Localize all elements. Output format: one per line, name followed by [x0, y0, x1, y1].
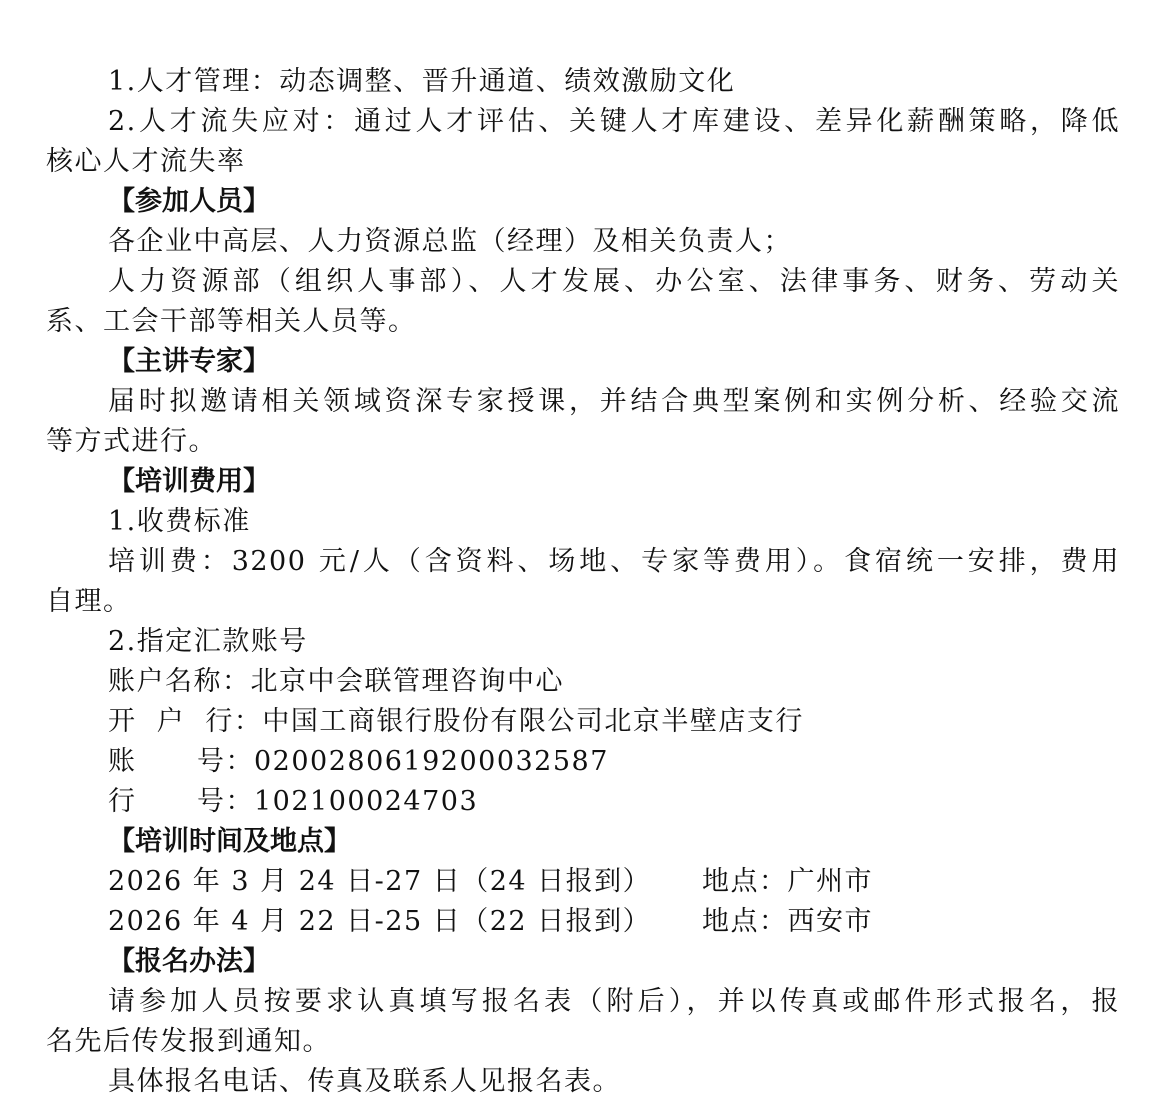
talent-management-item: 1.人才管理：动态调整、晋升通道、绩效激励文化	[46, 62, 1120, 102]
participants-heading: 【参加人员】	[46, 182, 1120, 222]
account-number-value: 0200280619200032587	[254, 746, 609, 777]
account-name: 账户名称：北京中会联管理咨询中心	[46, 662, 1120, 702]
signup-heading: 【报名办法】	[46, 942, 1120, 982]
bank-row: 开 户 行：中国工商银行股份有限公司北京半壁店支行	[46, 702, 1120, 742]
remittance-title: 2.指定汇款账号	[46, 622, 1120, 662]
session-1-date: 2026 年 3 月 24 日-27 日（24 日报到）	[108, 866, 651, 897]
talent-loss-item: 2.人才流失应对：通过人才评估、关键人才库建设、差异化薪酬策略，降低	[46, 102, 1120, 142]
bank-label: 开 户 行：	[108, 706, 262, 737]
account-number-row: 账 号：0200280619200032587	[46, 742, 1120, 782]
signup-text: 请参加人员按要求认真填写报名表（附后），并以传真或邮件形式报名，报	[46, 982, 1120, 1022]
session-1-location: 地点：广州市	[702, 862, 873, 902]
bank-number-value: 102100024703	[254, 786, 478, 817]
participants-line-2: 人力资源部（组织人事部）、人才发展、办公室、法律事务、财务、劳动关	[46, 262, 1120, 302]
time-location-heading: 【培训时间及地点】	[46, 822, 1120, 862]
experts-text: 届时拟邀请相关领域资深专家授课，并结合典型案例和实例分析、经验交流	[46, 382, 1120, 422]
experts-text-cont: 等方式进行。	[46, 422, 1120, 462]
session-2-location: 地点：西安市	[702, 902, 873, 942]
document-body: 1.人才管理：动态调整、晋升通道、绩效激励文化 2.人才流失应对：通过人才评估、…	[46, 62, 1120, 1099]
bank-number-row: 行 号：102100024703	[46, 782, 1120, 822]
account-number-label: 账 号：	[108, 746, 254, 777]
participants-line-2-cont: 系、工会干部等相关人员等。	[46, 302, 1120, 342]
bank-number-label: 行 号：	[108, 786, 254, 817]
participants-line-1: 各企业中高层、人力资源总监（经理）及相关负责人；	[46, 222, 1120, 262]
session-2: 2026 年 4 月 22 日-25 日（22 日报到）地点：西安市	[46, 902, 1120, 942]
talent-loss-item-cont: 核心人才流失率	[46, 142, 1120, 182]
fee-standard-title: 1.收费标准	[46, 502, 1120, 542]
signup-text-cont: 名先后传发报到通知。	[46, 1022, 1120, 1062]
fees-heading: 【培训费用】	[46, 462, 1120, 502]
session-1: 2026 年 3 月 24 日-27 日（24 日报到）地点：广州市	[46, 862, 1120, 902]
session-2-date: 2026 年 4 月 22 日-25 日（22 日报到）	[108, 906, 651, 937]
experts-heading: 【主讲专家】	[46, 342, 1120, 382]
fee-standard-text: 培训费：3200 元/人（含资料、场地、专家等费用）。食宿统一安排，费用	[46, 542, 1120, 582]
fee-standard-text-cont: 自理。	[46, 582, 1120, 622]
signup-contact: 具体报名电话、传真及联系人见报名表。	[46, 1062, 1120, 1099]
bank-value: 中国工商银行股份有限公司北京半壁店支行	[262, 706, 804, 737]
